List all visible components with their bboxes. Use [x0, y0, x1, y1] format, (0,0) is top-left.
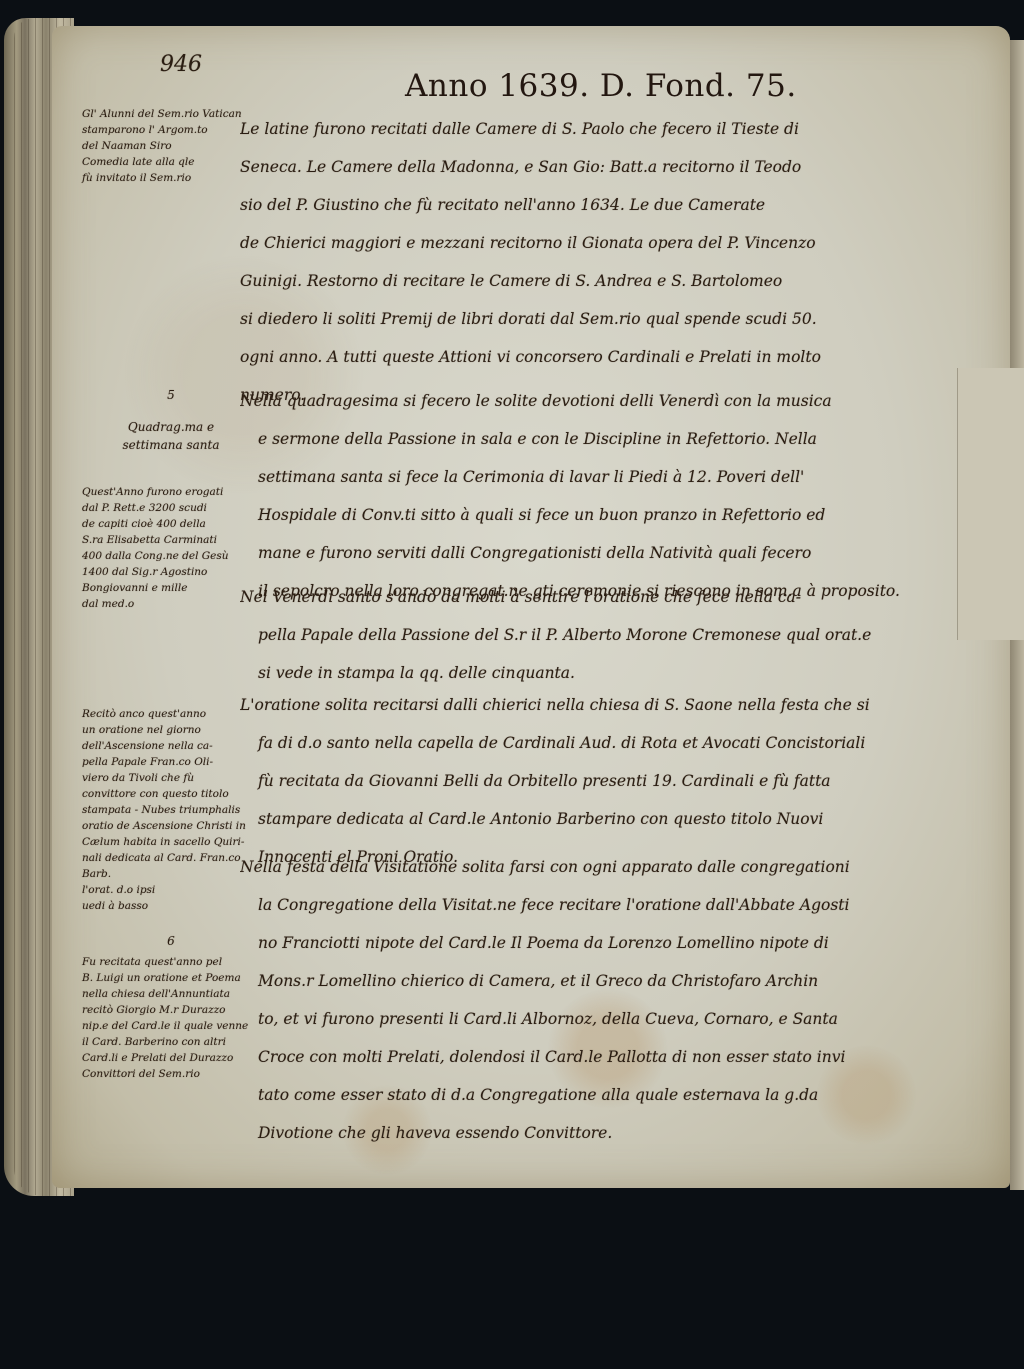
- text-line: Nella festa della Visitatione solita far…: [240, 848, 960, 886]
- margin-note-text: Fu recitata quest'anno pel B. Luigi un o…: [82, 954, 260, 1082]
- text-line: mane e furono serviti dalli Congregation…: [240, 534, 960, 572]
- margin-note-4: Fu recitata quest'anno pel B. Luigi un o…: [82, 938, 260, 1098]
- margin-note-text: Gl' Alunni del Sem.rio Vatican stamparon…: [82, 106, 260, 186]
- text-line: no Franciotti nipote del Card.le Il Poem…: [240, 924, 960, 962]
- text-line: L'oratione solita recitarsi dalli chieri…: [240, 686, 960, 724]
- margin-note-text: Recitò anco quest'anno un oratione nel g…: [82, 706, 260, 914]
- paragraph-5: Nella festa della Visitatione solita far…: [240, 848, 960, 1152]
- text-line: Hospidale di Conv.ti sitto à quali si fe…: [240, 496, 960, 534]
- text-line: Seneca. Le Camere della Madonna, e San G…: [240, 148, 960, 186]
- text-line: Mons.r Lomellino chierico di Camera, et …: [240, 962, 960, 1000]
- text-line: stampare dedicata al Card.le Antonio Bar…: [240, 800, 960, 838]
- margin-note-heading: Quadrag.ma e settimana santa: [82, 418, 260, 454]
- text-line: Le latine furono recitati dalle Camere d…: [240, 110, 960, 148]
- running-head: Anno 1639. D. Fond. 75.: [405, 68, 797, 104]
- text-line: si diedero li soliti Premij de libri dor…: [240, 300, 960, 338]
- paragraph-1: Le latine furono recitati dalle Camere d…: [240, 110, 960, 414]
- text-line: Divotione che gli haveva essendo Convitt…: [240, 1114, 960, 1152]
- text-line: fù recitata da Giovanni Belli da Orbitel…: [240, 762, 960, 800]
- text-line: tato come esser stato di d.a Congregatio…: [240, 1076, 960, 1114]
- text-line: fa di d.o santo nella capella de Cardina…: [240, 724, 960, 762]
- margin-note-text: Quest'Anno furono erogati dal P. Rett.e …: [82, 484, 260, 612]
- text-line: la Congregatione della Visitat.ne fece r…: [240, 886, 960, 924]
- text-line: de Chierici maggiori e mezzani recitorno…: [240, 224, 960, 262]
- manuscript-scan: 946 Anno 1639. D. Fond. 75. Gl' Alunni d…: [0, 0, 1024, 1369]
- paragraph-2: Nella quadragesima si fecero le solite d…: [240, 382, 960, 610]
- text-line: Croce con molti Prelati, dolendosi il Ca…: [240, 1038, 960, 1076]
- text-line: sio del P. Giustino che fù recitato nell…: [240, 186, 960, 224]
- text-line: e sermone della Passione in sala e con l…: [240, 420, 960, 458]
- paragraph-3: Nel Venerdì santo s'andò da molti à sent…: [240, 578, 960, 692]
- text-line: pella Papale della Passione del S.r il P…: [240, 616, 960, 654]
- text-line: ogni anno. A tutti queste Attioni vi con…: [240, 338, 960, 376]
- margin-note-1: Gl' Alunni del Sem.rio Vatican stamparon…: [82, 90, 260, 202]
- text-line: Nel Venerdì santo s'andò da molti à sent…: [240, 578, 960, 616]
- margin-note-number: 5: [82, 388, 260, 402]
- text-line: to, et vi furono presenti li Card.li Alb…: [240, 1000, 960, 1038]
- margin-note-2: 5 Quadrag.ma e settimana santa Quest'Ann…: [82, 372, 260, 628]
- text-line: Guinigi. Restorno di recitare le Camere …: [240, 262, 960, 300]
- folio-number: 946: [160, 52, 202, 77]
- inserted-paper-slip: [958, 368, 1024, 640]
- margin-note-3: Recitò anco quest'anno un oratione nel g…: [82, 690, 260, 964]
- text-line: Nella quadragesima si fecero le solite d…: [240, 382, 960, 420]
- text-line: settimana santa si fece la Cerimonia di …: [240, 458, 960, 496]
